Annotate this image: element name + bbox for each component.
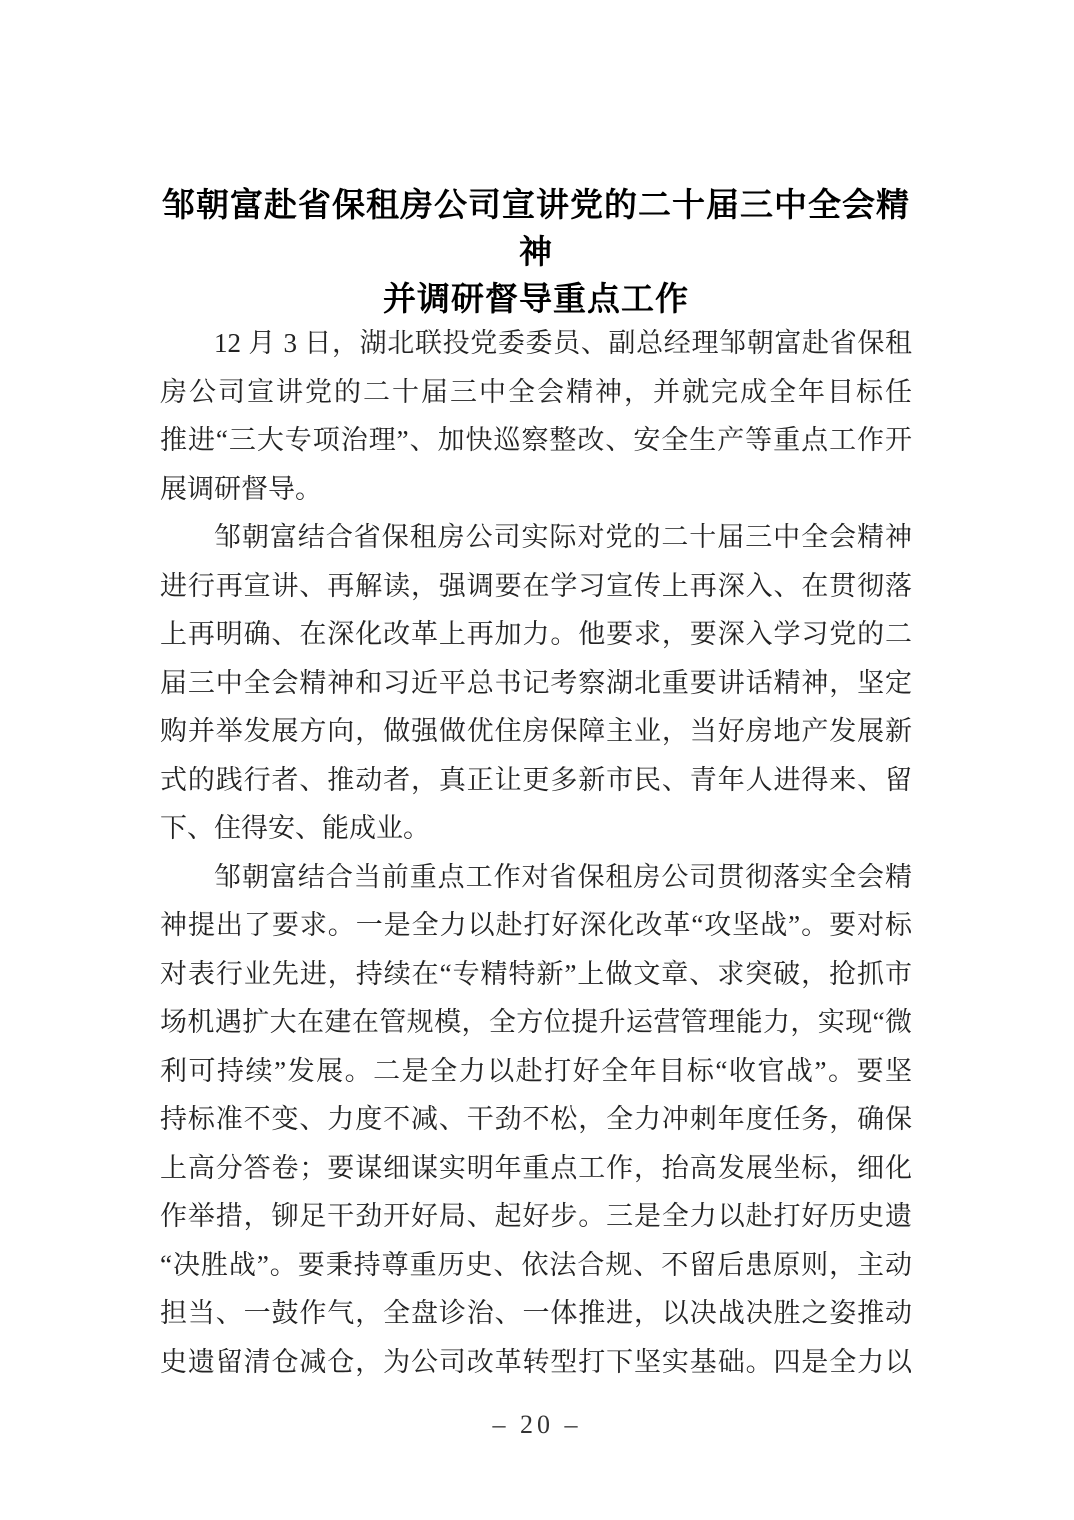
text-line: 持标准不变、力度不减、干劲不松，全力冲刺年度任务，确保交	[160, 1095, 912, 1144]
paragraph: 邹朝富结合当前重点工作对省保租房公司贯彻落实全会精神提出了要求。一是全力以赴打好…	[160, 853, 912, 1387]
text-line: 上高分答卷；要谋细谋实明年重点工作，抬高发展坐标，细化工	[160, 1144, 912, 1193]
title-line-1: 邹朝富赴省保租房公司宣讲党的二十届三中全会精神	[160, 183, 912, 277]
text-line: 神提出了要求。一是全力以赴打好深化改革“攻坚战”。要对标	[160, 901, 912, 950]
text-line: 进行再宣讲、再解读，强调要在学习宣传上再深入、在贯彻落实	[160, 562, 912, 611]
title-line-2: 并调研督导重点工作	[160, 277, 912, 324]
text-line: 届三中全会精神和习近平总书记考察湖北重要讲话精神，坚定租	[160, 659, 912, 708]
text-line: 邹朝富结合当前重点工作对省保租房公司贯彻落实全会精	[160, 853, 912, 902]
text-line: 展调研督导。	[160, 465, 912, 514]
paragraph: 邹朝富结合省保租房公司实际对党的二十届三中全会精神进行再宣讲、再解读，强调要在学…	[160, 513, 912, 853]
text-line: 12 月 3 日，湖北联投党委委员、副总经理邹朝富赴省保租	[160, 319, 912, 368]
text-line: 上再明确、在深化改革上再加力。他要求，要深入学习党的二十	[160, 610, 912, 659]
text-line: 利可持续”发展。二是全力以赴打好全年目标“收官战”。要坚	[160, 1047, 912, 1096]
text-line: 邹朝富结合省保租房公司实际对党的二十届三中全会精神	[160, 513, 912, 562]
text-line: 房公司宣讲党的二十届三中全会精神，并就完成全年目标任务、	[160, 368, 912, 417]
text-line: 式的践行者、推动者，真正让更多新市民、青年人进得来、留得	[160, 756, 912, 805]
paragraph: 12 月 3 日，湖北联投党委委员、副总经理邹朝富赴省保租房公司宣讲党的二十届三…	[160, 319, 912, 513]
text-line: 作举措，铆足干劲开好局、起好步。三是全力以赴打好历史遗留	[160, 1192, 912, 1241]
text-line: 下、住得安、能成业。	[160, 804, 912, 853]
text-line: “决胜战”。要秉持尊重历史、依法合规、不留后患原则，主动	[160, 1241, 912, 1290]
text-line: 购并举发展方向，做强做优住房保障主业，当好房地产发展新模	[160, 707, 912, 756]
text-line: 场机遇扩大在建在管规模，全方位提升运营管理能力，实现“微	[160, 998, 912, 1047]
page-number: – 20 –	[493, 1410, 582, 1439]
page-footer: – 20 –	[0, 1408, 1074, 1442]
text-line: 史遗留清仓减仓，为公司改革转型打下坚实基础。四是全力以赴	[160, 1338, 912, 1387]
text-line: 推进“三大专项治理”、加快巡察整改、安全生产等重点工作开	[160, 416, 912, 465]
text-line: 对表行业先进，持续在“专精特新”上做文章、求突破，抢抓市	[160, 950, 912, 999]
document-page: 邹朝富赴省保租房公司宣讲党的二十届三中全会精神 并调研督导重点工作 12 月 3…	[0, 0, 1074, 1520]
text-line: 担当、一鼓作气，全盘诊治、一体推进，以决战决胜之姿推动历	[160, 1289, 912, 1338]
document-body: 12 月 3 日，湖北联投党委委员、副总经理邹朝富赴省保租房公司宣讲党的二十届三…	[160, 319, 912, 1386]
document-title: 邹朝富赴省保租房公司宣讲党的二十届三中全会精神 并调研督导重点工作	[160, 183, 912, 324]
